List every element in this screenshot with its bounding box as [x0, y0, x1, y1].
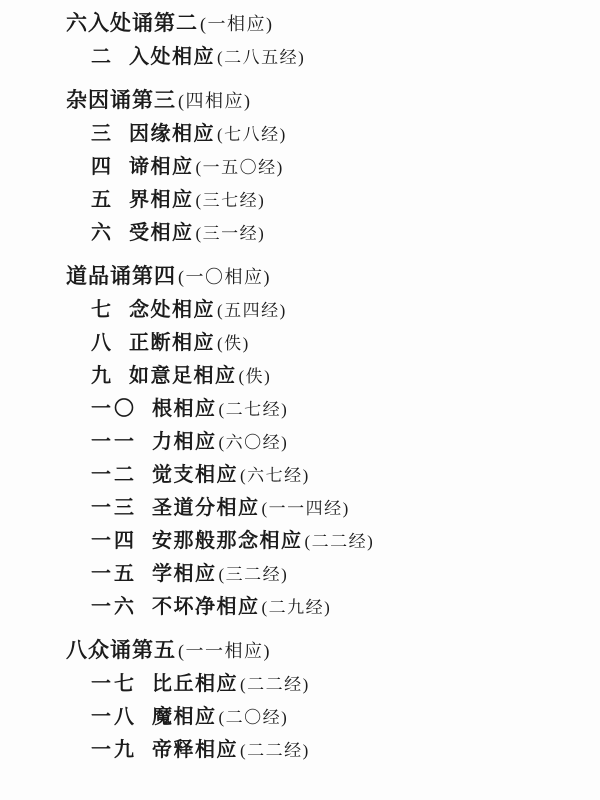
item-note-text: 二七经: [226, 400, 282, 419]
item-note: (二二经): [305, 532, 375, 551]
item-number: 四: [91, 151, 114, 184]
item-title: 圣道分相应: [152, 497, 260, 519]
item-note: (三二经): [219, 565, 289, 584]
section-title: 杂因诵第三: [66, 88, 176, 112]
item-title: 不坏净相应: [152, 596, 260, 618]
item-note-text: 二九经: [269, 598, 325, 617]
item-note: (佚): [217, 334, 250, 353]
item-note: (三一经): [196, 224, 266, 243]
section-note: (四相应): [178, 91, 252, 111]
toc-item: 七念处相应(五四经): [91, 294, 600, 327]
section-note: (一一相应): [178, 641, 271, 661]
toc-item: 五界相应(三七经): [91, 184, 600, 217]
item-note: (六〇经): [219, 433, 289, 452]
item-note: (三七经): [196, 191, 266, 210]
section-note-text: 一一相应: [186, 641, 264, 661]
item-title: 界相应: [129, 189, 194, 211]
item-number: 二: [91, 41, 114, 74]
toc-section: 杂因诵第三(四相应)三因缘相应(七八经)四谛相应(一五〇经)五界相应(三七经)六…: [0, 84, 600, 250]
section-header: 道品诵第四(一〇相应): [66, 260, 600, 294]
item-note: (一五〇经): [196, 158, 284, 177]
item-number: 九: [91, 360, 114, 393]
item-note: (二九经): [262, 598, 332, 617]
item-title: 正断相应: [129, 332, 215, 354]
toc-item: 一三圣道分相应(一一四经): [91, 492, 600, 525]
item-number: 一八: [91, 701, 137, 734]
item-note: (六七经): [240, 466, 310, 485]
item-note-text: 三七经: [203, 191, 259, 210]
item-title: 谛相应: [129, 156, 194, 178]
item-title: 学相应: [152, 563, 217, 585]
item-title: 受相应: [129, 222, 194, 244]
item-number: 三: [91, 118, 114, 151]
section-header: 杂因诵第三(四相应): [66, 84, 600, 118]
toc-item: 一四安那般那念相应(二二经): [91, 525, 600, 558]
item-note-text: 二二经: [312, 532, 368, 551]
item-title: 力相应: [152, 431, 217, 453]
item-note-text: 三二经: [226, 565, 282, 584]
section-note: (一〇相应): [178, 267, 271, 287]
toc-section: 六入处诵第二(一相应)二入处相应(二八五经): [0, 7, 600, 74]
toc-content: 六入处诵第二(一相应)二入处相应(二八五经)杂因诵第三(四相应)三因缘相应(七八…: [0, 0, 600, 767]
item-note-text: 佚: [246, 367, 265, 386]
item-note: (二〇经): [219, 708, 289, 727]
item-number: 八: [91, 327, 114, 360]
section-title: 道品诵第四: [66, 264, 176, 288]
section-title: 八众诵第五: [66, 638, 176, 662]
section-title: 六入处诵第二: [66, 11, 198, 35]
item-number: 六: [91, 217, 114, 250]
item-number: 一〇: [91, 393, 137, 426]
section-header: 六入处诵第二(一相应): [66, 7, 600, 41]
toc-item: 九如意足相应(佚): [91, 360, 600, 393]
section-note-text: 一〇相应: [186, 267, 264, 287]
item-number: 一九: [91, 734, 137, 767]
item-note-text: 六〇经: [226, 433, 282, 452]
item-note: (二二经): [240, 741, 310, 760]
item-title: 因缘相应: [129, 123, 215, 145]
item-note: (二八五经): [217, 48, 305, 67]
item-title: 念处相应: [129, 299, 215, 321]
section-note-text: 一相应: [208, 14, 267, 34]
item-title: 魔相应: [152, 706, 217, 728]
item-note-text: 二二经: [247, 675, 303, 694]
item-number: 一五: [91, 558, 137, 591]
toc-item: 一八魔相应(二〇经): [91, 701, 600, 734]
toc-item: 二入处相应(二八五经): [91, 41, 600, 74]
toc-item: 一五学相应(三二经): [91, 558, 600, 591]
item-note-text: 一五〇经: [203, 158, 277, 177]
toc-item: 一二觉支相应(六七经): [91, 459, 600, 492]
item-number: 七: [91, 294, 114, 327]
item-number: 一三: [91, 492, 137, 525]
section-note-text: 四相应: [186, 91, 245, 111]
toc-item: 四谛相应(一五〇经): [91, 151, 600, 184]
toc-item: 一七比丘相应(二二经): [91, 668, 600, 701]
toc-section: 道品诵第四(一〇相应)七念处相应(五四经)八正断相应(佚)九如意足相应(佚)一〇…: [0, 260, 600, 624]
item-title: 如意足相应: [129, 365, 237, 387]
item-note: (七八经): [217, 125, 287, 144]
item-note-text: 五四经: [224, 301, 280, 320]
toc-item: 八正断相应(佚): [91, 327, 600, 360]
item-title: 根相应: [152, 398, 217, 420]
toc-item: 一一力相应(六〇经): [91, 426, 600, 459]
item-note-text: 三一经: [203, 224, 259, 243]
item-number: 一七: [91, 668, 137, 701]
item-title: 比丘相应: [152, 673, 238, 695]
item-note-text: 七八经: [224, 125, 280, 144]
toc-item: 一〇根相应(二七经): [91, 393, 600, 426]
item-number: 一二: [91, 459, 137, 492]
item-number: 五: [91, 184, 114, 217]
toc-item: 六受相应(三一经): [91, 217, 600, 250]
item-number: 一六: [91, 591, 137, 624]
item-note-text: 二〇经: [226, 708, 282, 727]
item-title: 入处相应: [129, 46, 215, 68]
section-note: (一相应): [200, 14, 274, 34]
item-note-text: 二二经: [247, 741, 303, 760]
item-note: (佚): [239, 367, 272, 386]
item-note: (一一四经): [262, 499, 350, 518]
item-note: (二七经): [219, 400, 289, 419]
toc-item: 一六不坏净相应(二九经): [91, 591, 600, 624]
item-number: 一一: [91, 426, 137, 459]
toc-section: 八众诵第五(一一相应)一七比丘相应(二二经)一八魔相应(二〇经)一九帝释相应(二…: [0, 634, 600, 767]
scanned-toc-page: 六入处诵第二(一相应)二入处相应(二八五经)杂因诵第三(四相应)三因缘相应(七八…: [0, 0, 600, 800]
item-title: 安那般那念相应: [152, 530, 303, 552]
item-note-text: 二八五经: [224, 48, 298, 67]
item-note-text: 佚: [224, 334, 243, 353]
item-title: 觉支相应: [152, 464, 238, 486]
item-note-text: 六七经: [247, 466, 303, 485]
item-number: 一四: [91, 525, 137, 558]
item-title: 帝释相应: [152, 739, 238, 761]
item-note-text: 一一四经: [269, 499, 343, 518]
item-note: (五四经): [217, 301, 287, 320]
item-note: (二二经): [240, 675, 310, 694]
section-header: 八众诵第五(一一相应): [66, 634, 600, 668]
toc-item: 三因缘相应(七八经): [91, 118, 600, 151]
toc-item: 一九帝释相应(二二经): [91, 734, 600, 767]
